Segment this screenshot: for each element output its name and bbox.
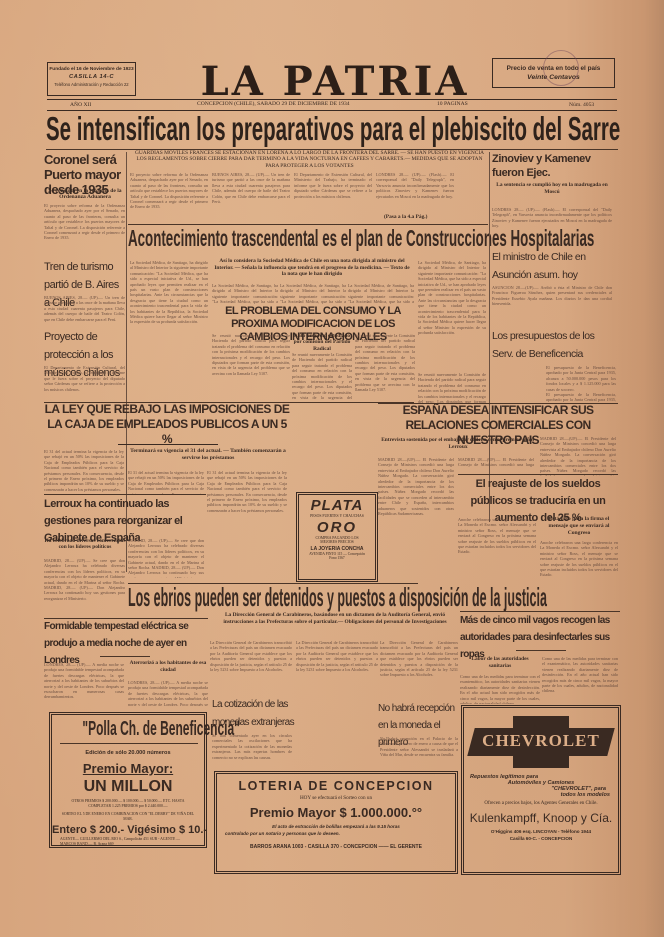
loteria-acto-1: El acto de extracción de bolillas empeza… — [217, 824, 455, 829]
oro-title: ORO — [299, 519, 375, 536]
decorative-rule — [516, 650, 566, 651]
chevrolet-address-1: O'Higgins 406 esq. LINCOYAN - Teléfono 1… — [464, 829, 618, 834]
reajuste-subhead: Está listo para la firma el mensaje que … — [540, 516, 618, 536]
acontecimiento-body-3: La Sociedad Médica, de Santiago, ha diri… — [280, 283, 346, 305]
acontecimiento-body-2: La Sociedad Médica, de Santiago, ha diri… — [212, 283, 278, 305]
ebrios-subhead: La Dirección General de Carabineros, bas… — [210, 612, 460, 626]
loteria-title: LOTERIA DE CONCEPCION — [217, 779, 455, 793]
chevrolet-logo: CHEVROLET — [471, 716, 611, 768]
tempestad-body: LONDRES, 28.— (UP).— A media noche se pr… — [44, 662, 124, 707]
vagos-headline-text: Más de cinco mil vagos recogen las autor… — [460, 615, 610, 660]
casilla-line: CASILLA 14-C — [48, 74, 135, 80]
founded-line: Fundado el 16 de Noviembre de 1923 — [48, 67, 135, 72]
plata-title: PLATA — [299, 497, 375, 514]
stamp-circle — [543, 50, 579, 86]
reajuste-body-2: Anoche celebraron una larga conferencia … — [540, 540, 618, 600]
acontecimiento-body-5: La Sociedad Médica, de Santiago, ha diri… — [418, 260, 486, 368]
acontecimiento-body-4: La Sociedad Médica, de Santiago, ha diri… — [348, 283, 414, 305]
loteria-footer: BARROS ARANA 1003 - CASILLA 370 - CONCEP… — [217, 844, 455, 850]
polla-rule — [60, 743, 198, 744]
plata-sub: PESOS FUERTES Y CHAUCHAS — [299, 514, 375, 519]
plata-compra: COMPRA PAGANDO LOS MEJORES PRECIOS — [299, 536, 375, 545]
polla-otros: OTROS PREMIOS $ 200.000.— $ 100.000.— $ … — [52, 796, 204, 809]
espana-body-3: MADRID 28.—(UP).— El Presidente del Cons… — [540, 436, 616, 476]
masthead-rule-top — [47, 99, 617, 100]
coronel-body: El proyecto sobre reforma de la Ordenanz… — [44, 203, 125, 255]
polla-agente: AGENTE— GUILLERMO DEL RIO S., Campolicán… — [52, 836, 204, 847]
sarre-body-3: El Departamento de Extensión Cultural, d… — [294, 172, 372, 224]
lerroux-body-2: MADRID, 28.— (UP).— Se cree que don Alej… — [128, 538, 204, 578]
loteria-ad: LOTERIA DE CONCEPCION HOY se efectuará e… — [214, 771, 458, 874]
presupuestos-headline: Los presupuestos de los Serv. de Benefic… — [492, 327, 617, 363]
loteria-hoy: HOY se efectuará el Sorteo con un — [217, 795, 455, 801]
sarre-body-4: LONDRES 28.— (UP).— (Flash).— El corresp… — [376, 172, 454, 210]
polla-premio-value: UN MILLON — [84, 778, 173, 796]
tempestad-subhead: Aterrorizó a los habitantes de esa ciuda… — [128, 660, 208, 674]
ebrios-body-1: La Dirección General de Carabineros tran… — [210, 640, 292, 690]
recepcion-body: No habrá recepción en el Palacio de la M… — [380, 736, 458, 769]
loteria-premio: Premio Mayor $ 1.000.000.°° — [217, 805, 455, 820]
year-label: AÑO XII — [70, 102, 91, 108]
loteria-acto-2: controlado por un notario y personas que… — [217, 831, 455, 836]
ley-caja-body-3: El 31 del actual termina la vigencia de … — [207, 470, 287, 578]
ebrios-body-2: La Dirección General de Carabineros tran… — [296, 640, 378, 750]
espana-body-1: MADRID 28.—(UP).— El Presidente del Cons… — [378, 457, 454, 577]
sarre-body-1: El proyecto sobre reforma de la Ordenanz… — [130, 172, 208, 224]
zinoviev-headline-text: Zinoviev y Kamenev fueron Ejec. — [492, 153, 591, 179]
polla-premio-label: Premio Mayor: — [83, 761, 173, 776]
polla-sorteo: SORTEO EL 5 DE ENERO EN COMBINACION CON … — [52, 809, 204, 822]
ley-caja-subhead: Terminará su vigencia el 31 del actual. … — [128, 448, 288, 462]
vagos-body-1: Como una de las medidas para terminar co… — [460, 674, 540, 704]
ley-caja-headline: LA LEY QUE REBAJO LAS IMPOSICIONES DE LA… — [44, 402, 290, 447]
problema-body-1: Se reunió nuevamente la Comisión de Haci… — [212, 333, 290, 403]
zinoviev-subhead: La sentencia se cumplió hoy en la madrug… — [492, 182, 612, 195]
acontecimiento-subhead: Así lo considera la Sociedad Médica de C… — [212, 258, 412, 278]
lerroux-body: MADRID, 28.— (UP).— Se cree que don Alej… — [44, 558, 125, 618]
problema-subhead: Anto proyecto estudiado por comisión del… — [292, 333, 352, 352]
vagos-subhead: Labor de las autoridades sanitarias — [460, 656, 540, 670]
chevrolet-ad: CHEVROLET Repuestos legítimos para Autom… — [461, 705, 621, 875]
chevrolet-logo-text: CHEVROLET — [471, 731, 611, 751]
ebrios-headline: Los ebrios pueden ser detenidos y puesto… — [128, 582, 547, 613]
ministro-headline: El ministro de Chile en Asunción asum. h… — [492, 248, 617, 284]
polla-entero: Entero $ 200.- Vigésimo $ 10.- — [52, 824, 204, 836]
reajuste-body: Anoche celebraron una larga conferencia … — [458, 517, 536, 567]
sarre-body-2: BUENOS AIRES, 28.— (UP).— Un tren de tur… — [212, 172, 290, 224]
vagos-body-2: Como una de las medidas para terminar co… — [542, 656, 618, 704]
polla-ad: "Polla Ch. de Beneficencia" Edición de s… — [49, 712, 207, 848]
sarre-continue: (Pasa a la 4.a Pág.) — [384, 214, 427, 220]
decorative-rule — [118, 444, 218, 445]
plata-ad: PLATA PESOS FUERTES Y CHAUCHAS ORO COMPR… — [296, 492, 378, 582]
joyeria-phone: Fono 1567 — [299, 556, 375, 560]
espana-subhead: Entrevista sostenida por el embajador ch… — [378, 437, 538, 451]
telefono-line: Teléfono Administración y Redacción 22 — [48, 82, 135, 87]
presupuestos-headline-text: Los presupuestos de los Serv. de Benefic… — [492, 330, 594, 360]
main-headline: Se intensifican los preparativos para el… — [46, 110, 620, 148]
polla-premio: Premio Mayor: UN MILLON — [52, 760, 204, 796]
founded-box: Fundado el 16 de Noviembre de 1923 CASIL… — [47, 62, 136, 96]
chevrolet-address-2: Casilla 60-C. - CONCEPCION — [464, 836, 618, 841]
masthead-title: LA PATRIA — [200, 58, 470, 105]
tren-body: BUENOS AIRES, 28.— (UP).— Un tren de tur… — [44, 295, 125, 327]
date-line: CONCEPCION (CHILE), SABADO 29 DE DICIEMB… — [197, 101, 350, 107]
polla-title: "Polla Ch. de Beneficencia" — [82, 718, 173, 741]
tempestad-body-2: LONDRES, 28.— (UP).— A media noche se pr… — [128, 680, 208, 706]
problema-body-3: Se reunió nuevamente la Comisión de Haci… — [355, 333, 415, 403]
ministro-headline-text: El ministro de Chile en Asunción asum. h… — [492, 251, 586, 281]
proyecto-body: El Departamento de Extensión Cultural, d… — [44, 365, 125, 400]
polla-edition: Edición de sólo 20.000 números — [52, 750, 204, 756]
espana-body-2: MADRID 28.—(UP).— El Presidente del Cons… — [458, 457, 534, 469]
decorative-rule — [100, 656, 150, 657]
ley-caja-headline-text: LA LEY QUE REBAJO LAS IMPOSICIONES DE LA… — [45, 402, 290, 446]
issue-number: Núm. 4053 — [569, 102, 594, 108]
problema-body-2: Se reunió nuevamente la Comisión de Haci… — [292, 352, 352, 403]
chevrolet-offer: Ofrecen a precios bajos, los Agentes Gen… — [464, 798, 618, 807]
section-rule — [458, 474, 618, 475]
chevrolet-company: Kulenkampff, Knoop y Cía. — [464, 811, 618, 825]
zinoviev-headline: Zinoviev y Kamenev fueron Ejec. — [492, 152, 612, 180]
section-rule — [44, 494, 206, 495]
pages-label: 10 PAGINAS — [437, 101, 468, 107]
sarre-subhead: GUARDIAS MOVILES FRANCES SE ESTACIONAN E… — [132, 150, 487, 169]
coronel-subhead: Se consulta en la reforma de la Ordenanz… — [44, 188, 126, 201]
ley-caja-body-2: El 31 del actual termina la vigencia de … — [128, 470, 204, 494]
acontecimiento-body: La Sociedad Médica, de Santiago, ha diri… — [130, 260, 208, 368]
problema-body-4: Se reunió nuevamente la Comisión de Haci… — [418, 372, 486, 404]
ley-caja-body: El 31 del actual termina la vigencia de … — [44, 449, 124, 493]
zinoviev-body: LONDRES 28.— (UP).— (Flash).— El corresp… — [492, 207, 612, 245]
ministro-body: ASUNCION 28.—(UP).— Arribó a ésta el Min… — [492, 285, 612, 325]
lerroux-subhead: Ha celebrado diversas conferencias con l… — [44, 538, 126, 551]
